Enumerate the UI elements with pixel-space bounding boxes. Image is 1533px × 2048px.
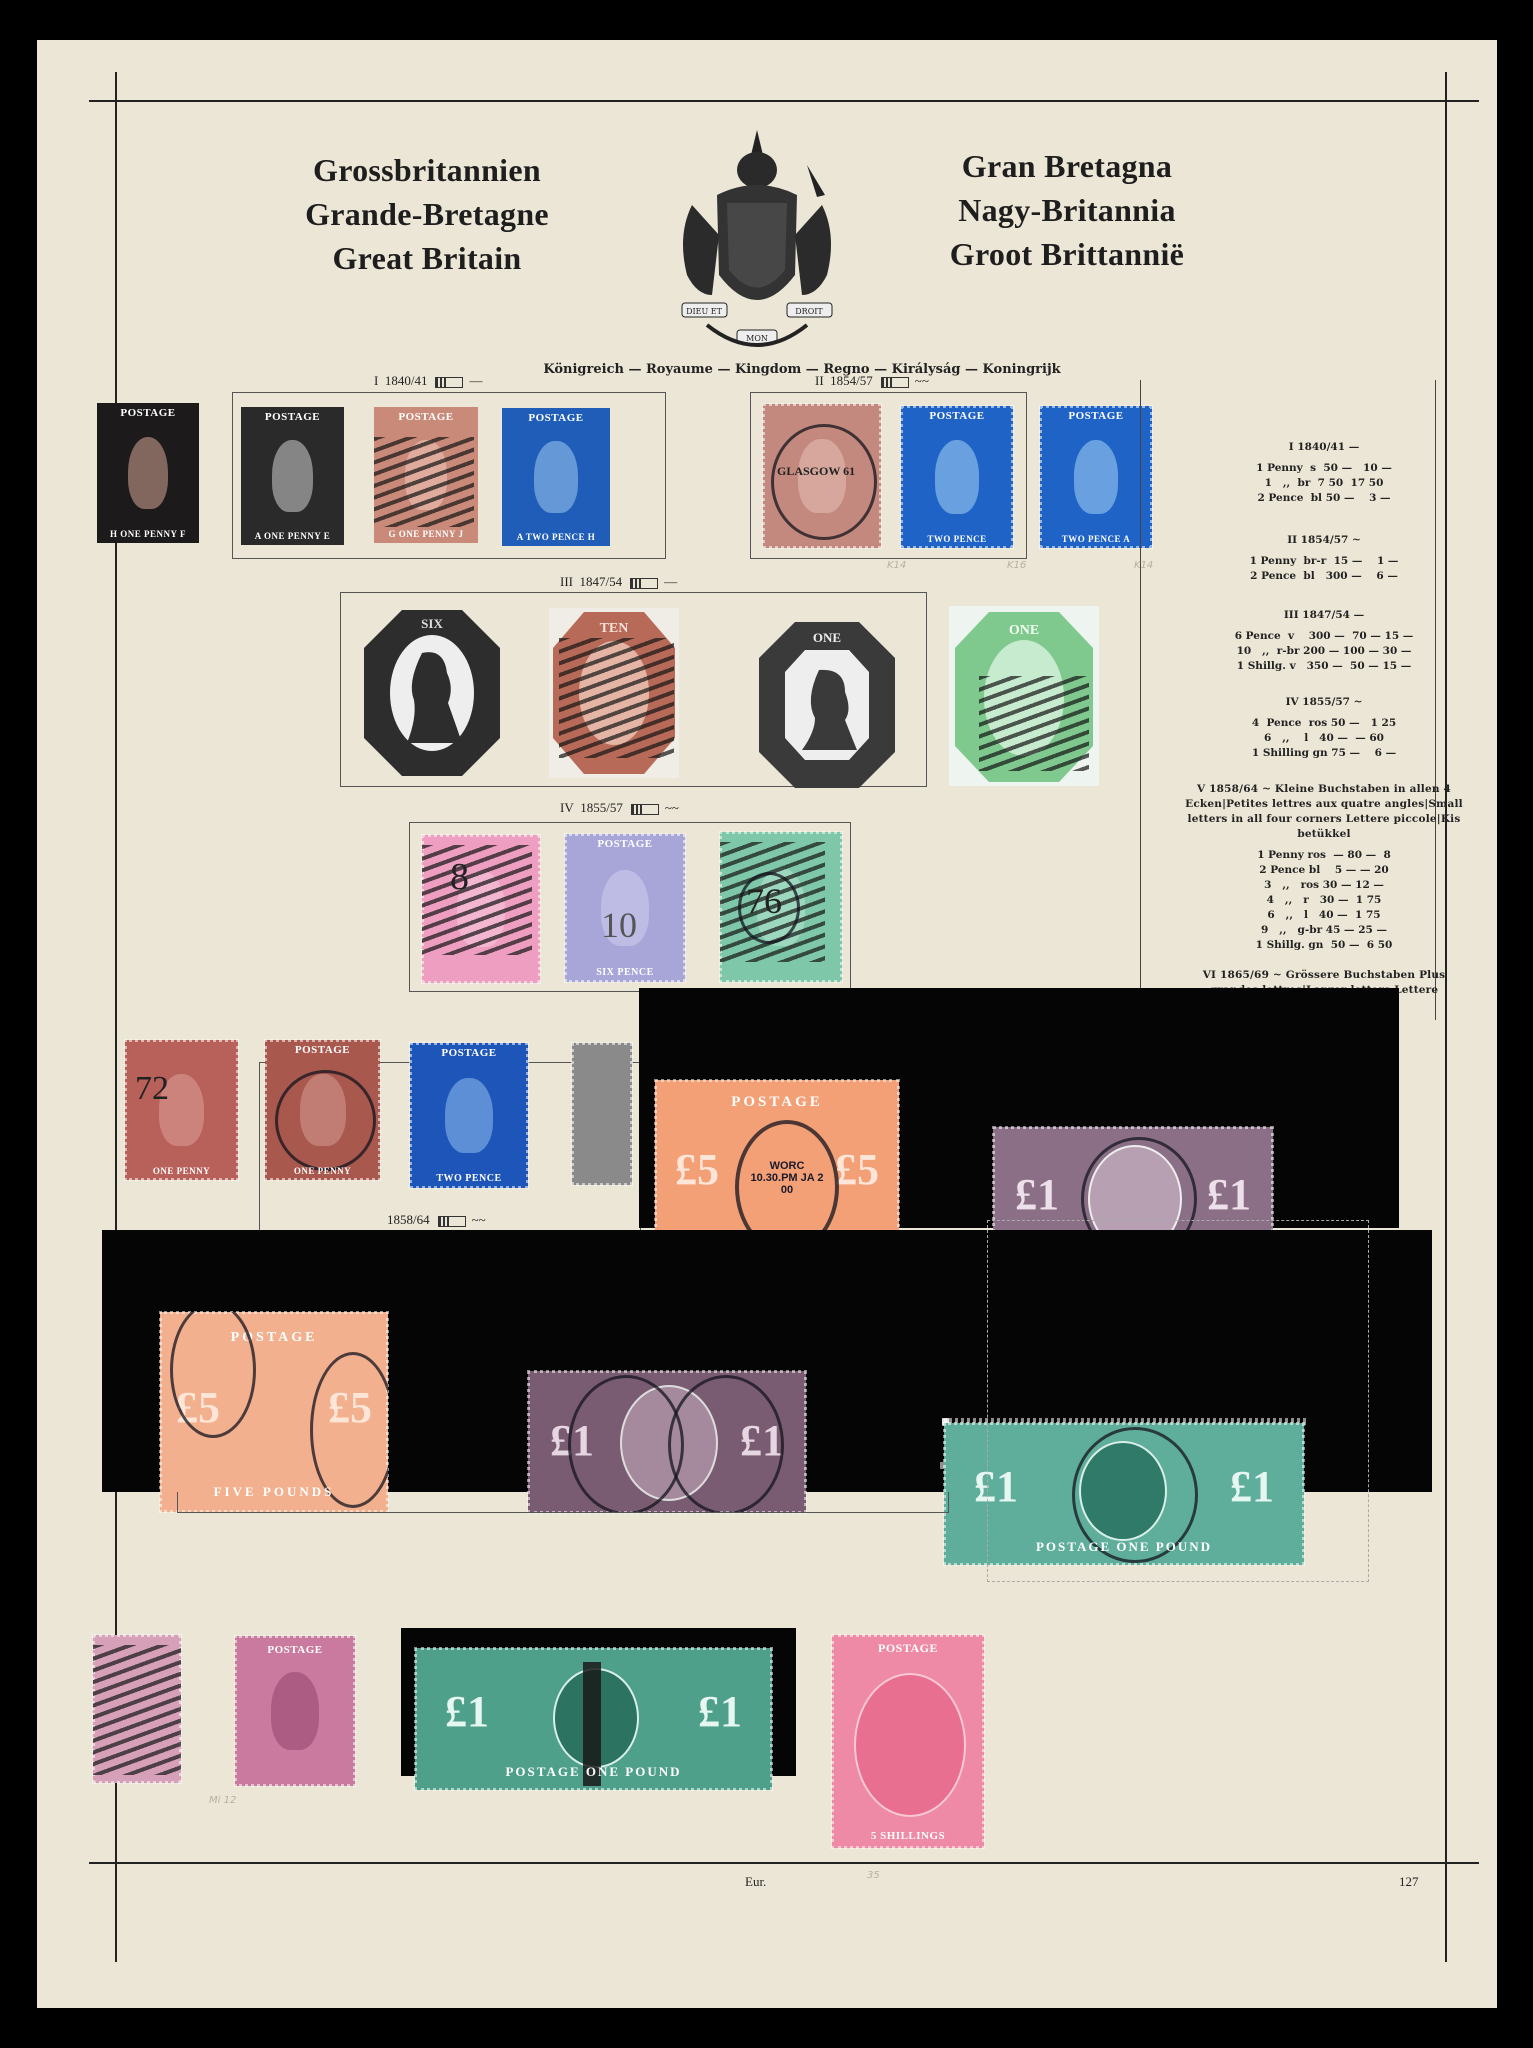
stamp-inscription: TWO PENCE A <box>1046 534 1146 544</box>
series-years: 1847/54 <box>580 574 623 589</box>
title-english: Great Britain <box>287 236 567 280</box>
catalog-row: 1 Penny br-r 15 — 1 — <box>1179 554 1469 569</box>
stamp-mauve-bottom-2[interactable]: POSTAGE <box>235 1636 355 1786</box>
stamp-inscription: A TWO PENCE H <box>508 532 604 542</box>
catalog-row: 4 Pence ros 50 — 1 25 <box>1179 716 1469 731</box>
stamp-penny-red-perf[interactable]: GLASGOW 61 <box>763 404 881 548</box>
title-right-block: Gran Bretagna Nagy-Britannia Groot Britt… <box>917 144 1217 276</box>
stamp-penny-red-plate-1[interactable]: 72 ONE PENNY <box>125 1040 238 1180</box>
stamp-inscription: TWO PENCE <box>907 534 1007 544</box>
stamp-inscription: POSTAGE <box>241 1644 349 1656</box>
perf-type: — <box>469 373 482 388</box>
stamp-inscription: POSTAGE <box>508 412 604 424</box>
cancel-number: 8 <box>450 855 469 899</box>
stamp-two-pence-blue-perf-1[interactable]: POSTAGE TWO PENCE <box>901 406 1013 548</box>
catalog-title: V 1858/64 ~ Kleine Buchstaben in allen 4… <box>1179 782 1469 842</box>
stamp-inscription: POSTAGE <box>380 411 472 423</box>
queen-portrait-icon <box>534 441 577 513</box>
series-label-1: I 1840/41— <box>374 373 482 389</box>
stamp-penny-black-2[interactable]: POSTAGE A ONE PENNY E <box>241 407 344 545</box>
series-roman: I <box>374 373 378 388</box>
stamp-value: £1 <box>1207 1169 1251 1220</box>
stamp-four-pence-rose[interactable]: 8 <box>422 835 540 983</box>
catalog-row: 1 Penny ros — 80 — 8 <box>1179 848 1469 863</box>
catalog-row: 2 Pence bl 5 — — 20 <box>1179 863 1469 878</box>
stamp-five-shillings-rose[interactable]: POSTAGE 5 SHILLINGS <box>832 1635 984 1848</box>
stamp-penny-red-imperf[interactable]: POSTAGE G ONE PENNY J <box>374 407 478 543</box>
stamp-inscription: POSTAGE <box>103 407 193 419</box>
stamp-inscription: G ONE PENNY J <box>380 529 472 539</box>
catalog-row: 1 Penny s 50 — 10 — <box>1179 461 1469 476</box>
svg-text:SIX: SIX <box>421 616 443 631</box>
stamp-value: £1 <box>698 1686 742 1737</box>
title-german: Grossbritannien <box>287 148 567 192</box>
series-years: 1840/41 <box>385 373 428 388</box>
stamp-value: £1 <box>1015 1169 1059 1220</box>
catalog-row: 4 ,, r 30 — 1 75 <box>1179 893 1469 908</box>
stamp-inscription: POSTAGE <box>271 1044 374 1056</box>
series-label-3: III 1847/54— <box>560 574 677 590</box>
series-label-2: II 1854/57~~ <box>815 373 929 389</box>
stamp-value: £5 <box>835 1144 879 1195</box>
subtitle-kingdom: Königreich — Royaume — Kingdom — Regno —… <box>477 362 1127 377</box>
catalog-row: 9 ,, g-br 45 — 25 — <box>1179 923 1469 938</box>
royal-coat-of-arms-icon: DIEU ET DROIT MON <box>667 125 847 365</box>
stamp-ten-pence-embossed[interactable]: TEN <box>549 608 679 778</box>
series-roman: III <box>560 574 573 589</box>
stamp-inscription: POSTAGE <box>907 410 1007 422</box>
stamp-inscription: SIX PENCE <box>571 967 679 978</box>
numeral-cancel <box>93 1645 181 1775</box>
catalog-row: 1 Shillg. gn 50 — 6 50 <box>1179 938 1469 953</box>
stamp-five-pounds-orange-2[interactable]: POSTAGE £5 £5 FIVE POUNDS <box>160 1312 388 1512</box>
stamp-one-shilling-embossed-green[interactable]: ONE <box>949 606 1099 786</box>
series-roman: II <box>815 373 824 388</box>
catalog-row: 1 Shillg. v 350 — 50 — 15 — <box>1179 659 1469 674</box>
stamp-inscription: POSTAGE <box>838 1641 978 1656</box>
stamp-two-pence-blue-imperf[interactable]: POSTAGE A TWO PENCE H <box>502 408 610 546</box>
catalog-section-1: I 1840/41 — 1 Penny s 50 — 10 — 1 ,, br … <box>1179 440 1469 506</box>
svg-text:ONE: ONE <box>813 630 841 645</box>
stamp-inscription: POSTAGE <box>1046 410 1146 422</box>
album-page: Grossbritannien Grande-Bretagne Great Br… <box>37 40 1497 2008</box>
stamp-penny-red-plate-2[interactable]: POSTAGE ONE PENNY <box>265 1040 380 1180</box>
title-hungarian: Nagy-Britannia <box>917 188 1217 232</box>
page-number: 127 <box>1399 1874 1419 1890</box>
numeral-cancel <box>374 437 474 527</box>
queen-portrait-icon <box>935 440 980 514</box>
stamp-inscription: POSTAGE <box>416 1047 522 1059</box>
catalog-row: 1 Shilling gn 75 — 6 — <box>1179 746 1469 761</box>
stamp-one-shilling-green[interactable]: 76 <box>720 832 842 982</box>
numeral-cancel <box>422 845 532 955</box>
catalog-row: 1 ,, br 7 50 17 50 <box>1179 476 1469 491</box>
registered-cancel-1 <box>170 1312 256 1438</box>
pencil-note: K14 <box>1134 560 1153 571</box>
cancel-number: 72 <box>135 1070 169 1108</box>
queen-portrait-icon <box>271 1672 319 1750</box>
stamp-three-pence-grey-partial[interactable] <box>572 1043 632 1185</box>
stamp-inscription: POSTAGE ONE POUND <box>421 1764 766 1780</box>
stamp-inscription: POSTAGE <box>661 1094 893 1111</box>
title-italian: Gran Bretagna <box>917 144 1217 188</box>
queen-portrait-icon <box>272 440 313 512</box>
svg-text:DIEU ET: DIEU ET <box>686 307 723 316</box>
svg-text:DROIT: DROIT <box>795 307 823 316</box>
stamp-inscription: ONE PENNY <box>131 1166 232 1176</box>
stamp-six-pence-embossed[interactable]: SIX <box>362 608 502 778</box>
svg-text:ONE: ONE <box>1009 623 1039 638</box>
pencil-note: K14 <box>887 560 906 571</box>
perforation-gauge-icon <box>631 804 659 815</box>
catalog-row: 6 ,, l 40 — — 60 <box>1179 731 1469 746</box>
queen-portrait-icon <box>128 437 169 510</box>
catalog-divider-left <box>1140 380 1141 1020</box>
catalog-row: 2 Pence bl 300 — 6 — <box>1179 569 1469 584</box>
catalog-row: 6 Pence v 300 — 70 — 15 — <box>1179 629 1469 644</box>
catalog-title: I 1840/41 — <box>1179 440 1469 455</box>
pencil-note: 35 <box>867 1870 880 1881</box>
stamp-inscription: POSTAGE <box>247 411 338 423</box>
stamp-inscription: A ONE PENNY E <box>247 531 338 541</box>
stamp-inscription: TWO PENCE <box>416 1173 522 1184</box>
numeral-cancel <box>559 638 674 758</box>
stamp-inscription: ONE PENNY <box>271 1166 374 1176</box>
catalog-row: 10 ,, r-br 200 — 100 — 30 — <box>1179 644 1469 659</box>
perforation-gauge-icon <box>435 377 463 388</box>
perf-type: — <box>664 574 677 589</box>
pencil-note: Mi 12 <box>209 1795 236 1806</box>
svg-text:TEN: TEN <box>600 621 629 636</box>
frame-bottom-line <box>89 1862 1479 1864</box>
stamp-two-pence-blue-plate[interactable]: POSTAGE TWO PENCE <box>410 1043 528 1188</box>
title-french: Grande-Bretagne <box>287 192 567 236</box>
stamp-value: £5 <box>675 1144 719 1195</box>
cancel-number: 10 <box>601 904 637 946</box>
frame-top-line <box>89 100 1479 102</box>
series-years: 1854/57 <box>830 373 873 388</box>
stamp-mauve-bottom-1[interactable] <box>93 1635 181 1783</box>
album-box-lower <box>177 1492 949 1513</box>
perforation-gauge-icon <box>881 377 909 388</box>
queen-portrait-icon <box>1074 440 1119 514</box>
stamp-one-pound-green-2[interactable]: £1 £1 POSTAGE ONE POUND <box>415 1648 772 1790</box>
perforation-gauge-icon <box>630 578 658 589</box>
perf-type: ~~ <box>665 800 679 815</box>
stamp-penny-black-1[interactable]: POSTAGE H ONE PENNY F <box>97 403 199 543</box>
title-dutch: Groot Brittanniё <box>917 232 1217 276</box>
catalog-section-2: II 1854/57 ~ 1 Penny br-r 15 — 1 — 2 Pen… <box>1179 533 1469 584</box>
catalog-row: 3 ,, ros 30 — 12 — <box>1179 878 1469 893</box>
catalog-row: 6 ,, l 40 — 1 75 <box>1179 908 1469 923</box>
stamp-six-pence-lilac[interactable]: POSTAGE 10 SIX PENCE <box>565 834 685 982</box>
perf-type: ~~ <box>915 373 929 388</box>
stamp-inscription: POSTAGE <box>571 838 679 850</box>
catalog-section-5: V 1858/64 ~ Kleine Buchstaben in allen 4… <box>1179 782 1469 953</box>
stamp-inscription: 5 SHILLINGS <box>838 1830 978 1842</box>
catalog-section-4: IV 1855/57 ~ 4 Pence ros 50 — 1 25 6 ,, … <box>1179 695 1469 761</box>
stamp-one-shilling-embossed-black[interactable]: ONE <box>757 620 897 790</box>
stamp-two-pence-blue-perf-2[interactable]: POSTAGE TWO PENCE A <box>1040 406 1152 548</box>
footer-region: Eur. <box>745 1874 766 1890</box>
cancel-number: 76 <box>746 880 782 922</box>
series-roman: IV <box>560 800 574 815</box>
stamp-inscription: H ONE PENNY F <box>103 529 193 539</box>
svg-text:MON: MON <box>746 334 768 343</box>
series-label-4: IV 1855/57~~ <box>560 800 679 816</box>
catalog-title: II 1854/57 ~ <box>1179 533 1469 548</box>
numeral-cancel <box>979 676 1089 771</box>
queen-portrait-icon <box>445 1078 492 1153</box>
london-cancel <box>275 1070 376 1171</box>
title-left-block: Grossbritannien Grande-Bretagne Great Br… <box>287 148 567 280</box>
catalog-title: IV 1855/57 ~ <box>1179 695 1469 710</box>
queen-portrait-oval <box>854 1673 966 1817</box>
stamp-value: £1 <box>445 1686 489 1737</box>
pencil-note: K16 <box>1007 560 1026 571</box>
glasgow-cancel <box>771 424 877 540</box>
catalog-row: 2 Pence bl 50 — 3 — <box>1179 491 1469 506</box>
cancel-text: GLASGOW 61 <box>777 464 855 479</box>
catalog-section-3: III 1847/54 — 6 Pence v 300 — 70 — 15 — … <box>1179 608 1469 674</box>
album-box-dashed <box>987 1220 1369 1582</box>
catalog-title: III 1847/54 — <box>1179 608 1469 623</box>
cancel-text: WORC 10.30.PM JA 2 00 <box>747 1160 827 1196</box>
series-years: 1855/57 <box>580 800 623 815</box>
